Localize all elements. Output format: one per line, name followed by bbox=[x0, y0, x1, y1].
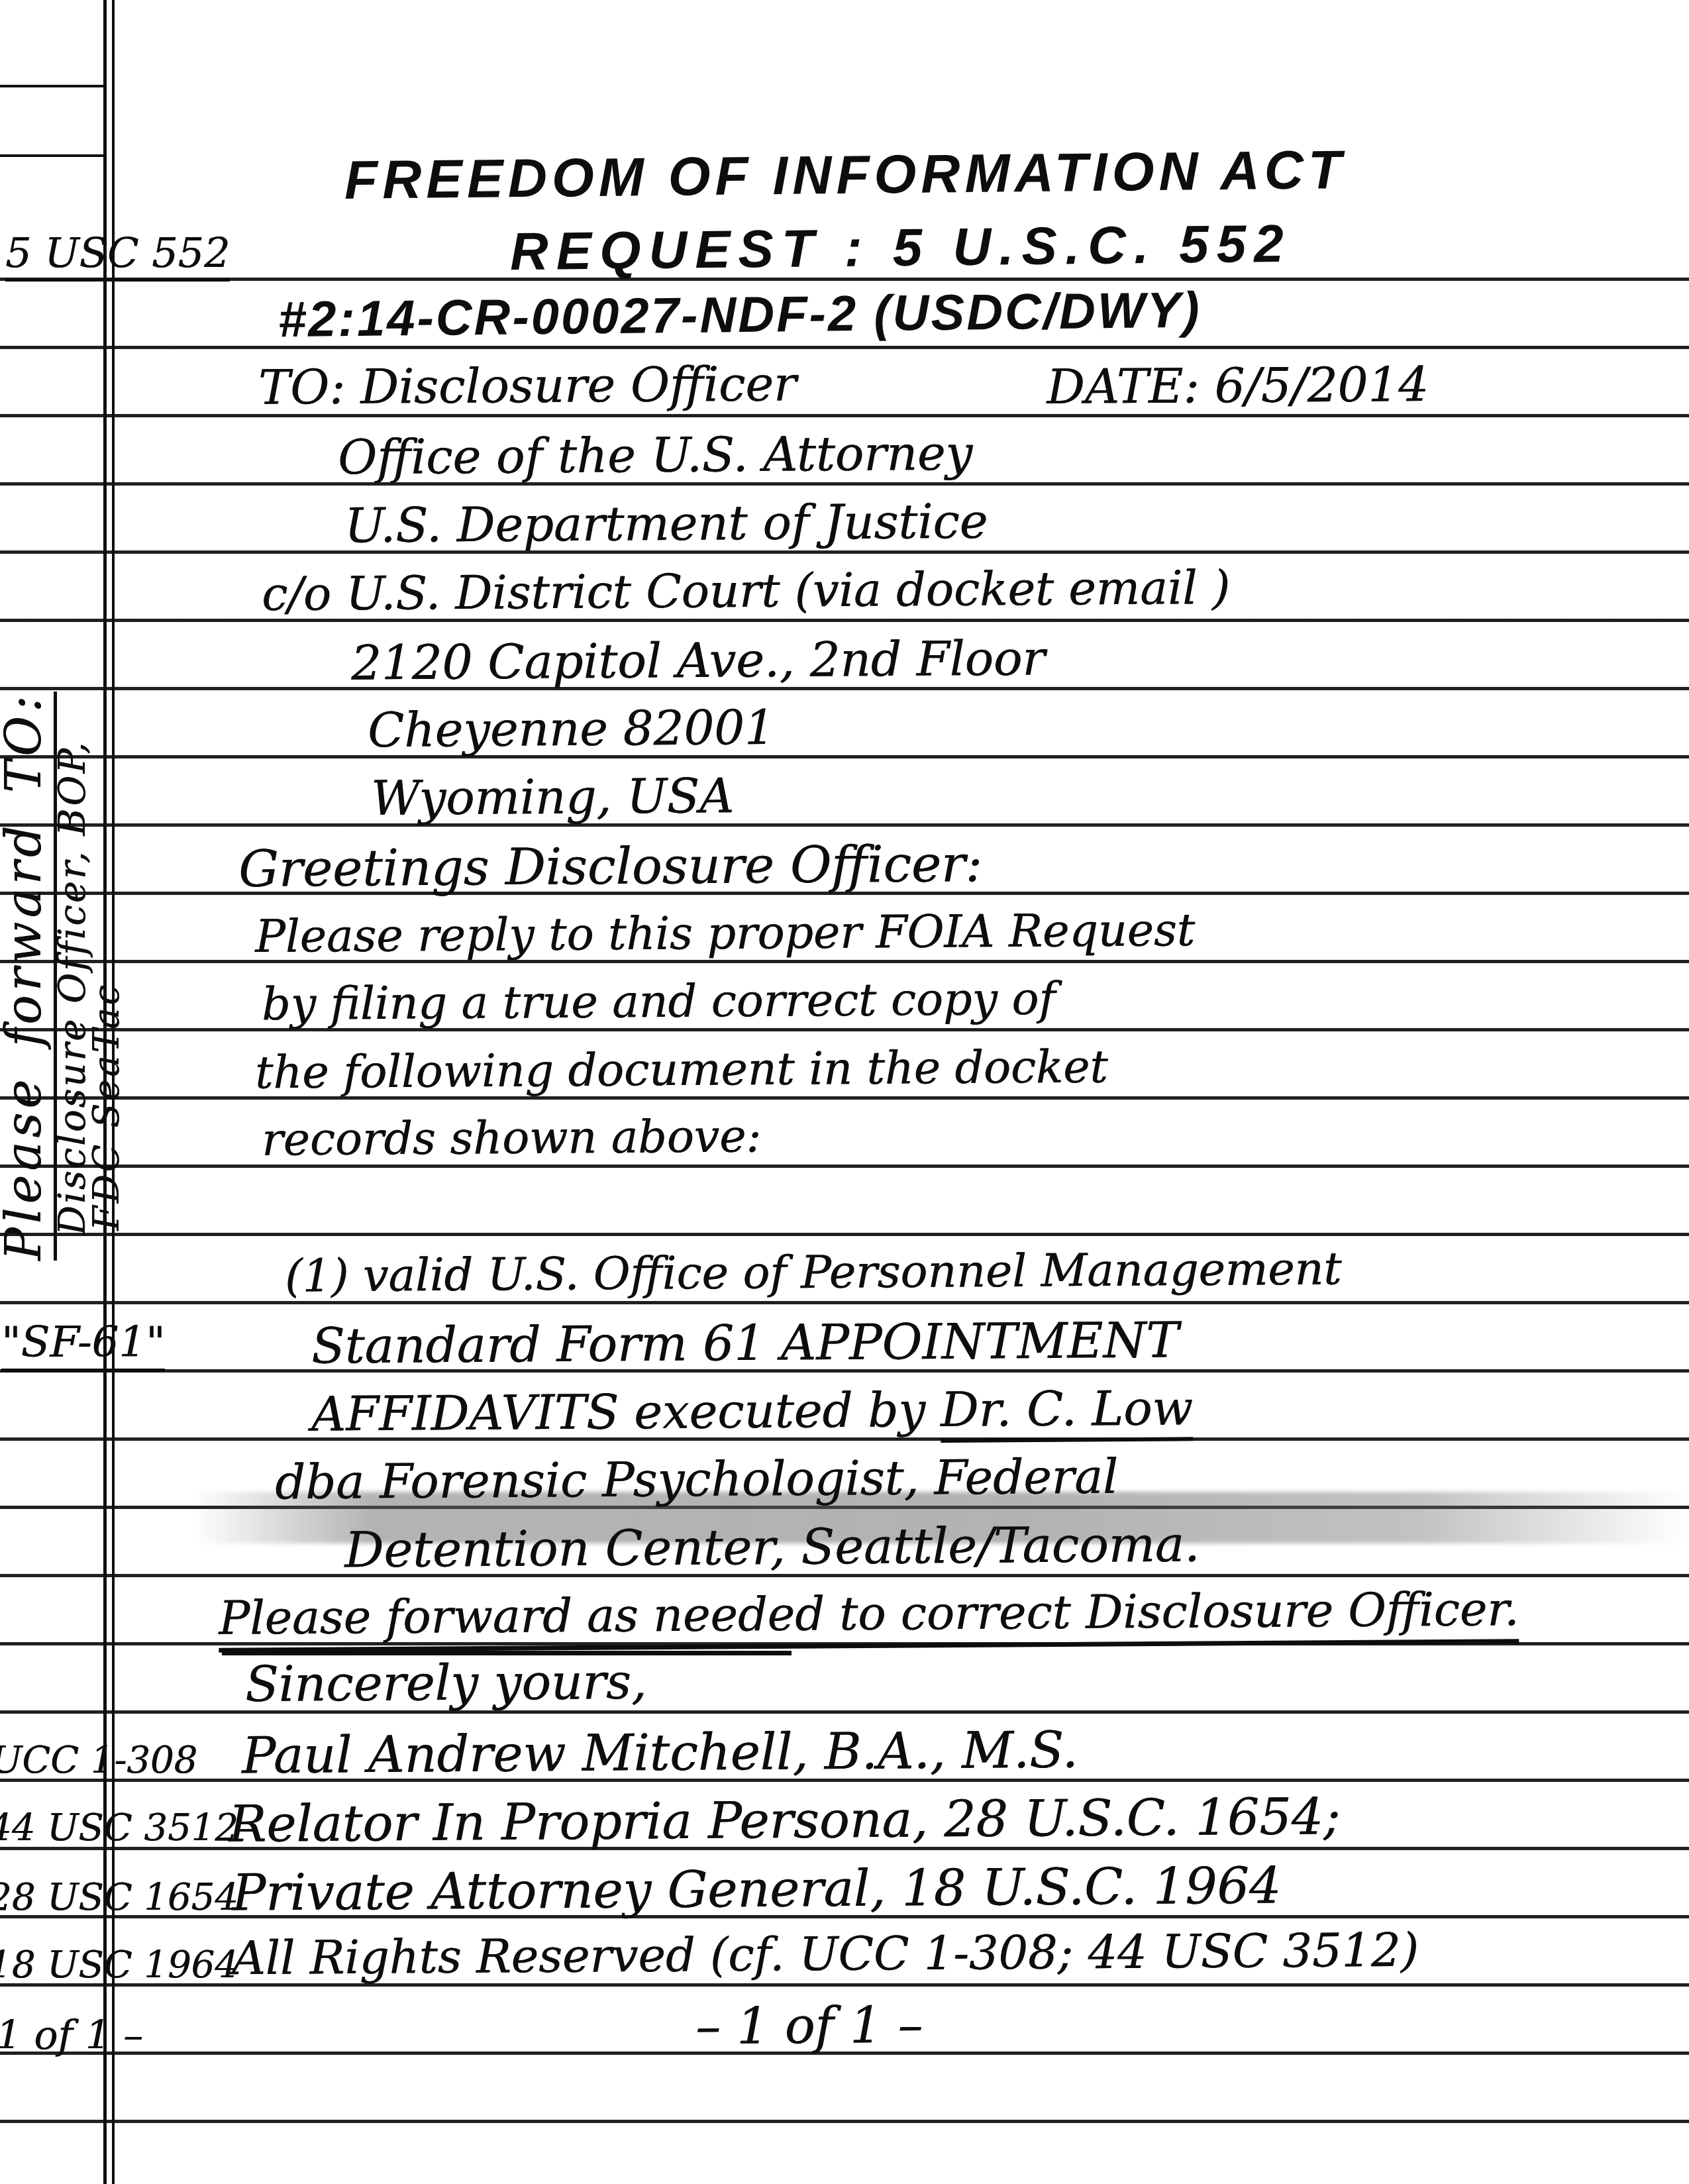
forward-note-text: Please forward as needed to correct Disc… bbox=[219, 1582, 1519, 1653]
signature-line-2: Relator In Propria Persona, 28 U.S.C. 16… bbox=[229, 1790, 1341, 1851]
case-number-line: #2:14-CR-00027-NDF-2 (USDC/DWY) bbox=[278, 284, 1202, 346]
page-title-line2: REQUEST : 5 U.S.C. 552 bbox=[510, 216, 1292, 280]
margin-note-ucc-1-308: UCC 1-308 bbox=[0, 1739, 197, 1782]
margin-note-5usc552: 5 USC 552 bbox=[5, 229, 230, 282]
signature-line-3: Private Attorney General, 18 U.S.C. 1964 bbox=[232, 1859, 1282, 1919]
request-line-4: dba Forensic Psychologist, Federal bbox=[275, 1452, 1118, 1508]
margin-note-28-usc-1654: 28 USC 1654 bbox=[0, 1876, 238, 1919]
margin-vertical-please-forward: Please forward TO: bbox=[0, 692, 57, 1261]
body-line-2: by filing a true and correct copy of bbox=[262, 976, 1056, 1029]
address-line-5: Cheyenne 82001 bbox=[368, 703, 775, 756]
request-line-2: Standard Form 61 APPOINTMENT bbox=[311, 1315, 1179, 1373]
page-number-center: – 1 of 1 – bbox=[695, 1999, 923, 2053]
page-title-line1: FREEDOM OF INFORMATION ACT bbox=[344, 142, 1347, 209]
address-line-3: c/o U.S. District Court (via docket emai… bbox=[262, 564, 1231, 619]
scanned-handwritten-foia-letter: FREEDOM OF INFORMATION ACT REQUEST : 5 U… bbox=[0, 0, 1689, 2184]
margin-note-sf61: "SF-61" bbox=[1, 1318, 165, 1372]
ruled-line-fragment-top2 bbox=[0, 154, 105, 157]
request-line-3: AFFIDAVITS executed by Dr. C. Low bbox=[311, 1383, 1193, 1439]
salutation-line: Greetings Disclosure Officer: bbox=[238, 837, 982, 896]
address-line-1: Office of the U.S. Attorney bbox=[338, 429, 973, 483]
margin-note-1-of-1: 1 of 1 – bbox=[0, 2012, 143, 2059]
body-line-1: Please reply to this proper FOIA Request bbox=[255, 907, 1195, 961]
address-line-6: Wyoming, USA bbox=[371, 771, 734, 823]
margin-note-44-usc-3512: 44 USC 3512– bbox=[0, 1806, 257, 1849]
request-line-3-prefix: AFFIDAVITS executed by bbox=[311, 1382, 941, 1442]
signature-line-1: Paul Andrew Mitchell, B.A., M.S. bbox=[242, 1724, 1078, 1783]
ruled-line-fragment-top1 bbox=[0, 85, 105, 87]
body-line-4: records shown above: bbox=[262, 1113, 762, 1164]
margin-note-18-usc-1964: 18 USC 1964 bbox=[0, 1944, 238, 1987]
request-line-5: Detention Center, Seattle/Tacoma. bbox=[344, 1519, 1200, 1577]
request-line-1: (1) valid U.S. Office of Personnel Manag… bbox=[285, 1245, 1342, 1300]
date-line: DATE: 6/5/2014 bbox=[1047, 360, 1429, 413]
address-line-2: U.S. Department of Justice bbox=[344, 497, 988, 551]
margin-vertical-fdc-seatac: FDC SeaTac bbox=[85, 982, 127, 1231]
to-line: TO: Disclosure Officer bbox=[258, 359, 797, 413]
forward-note-line: Please forward as needed to correct Disc… bbox=[219, 1585, 1519, 1643]
body-line-3: the following document in the docket bbox=[255, 1044, 1108, 1097]
request-line-3-underlined-name: Dr. C. Low bbox=[941, 1380, 1194, 1443]
closing-line: Sincerely yours, bbox=[245, 1657, 647, 1711]
address-line-4: 2120 Capitol Ave., 2nd Floor bbox=[351, 633, 1045, 688]
signature-line-4: All Rights Reserved (cf. UCC 1-308; 44 U… bbox=[232, 1926, 1419, 1983]
